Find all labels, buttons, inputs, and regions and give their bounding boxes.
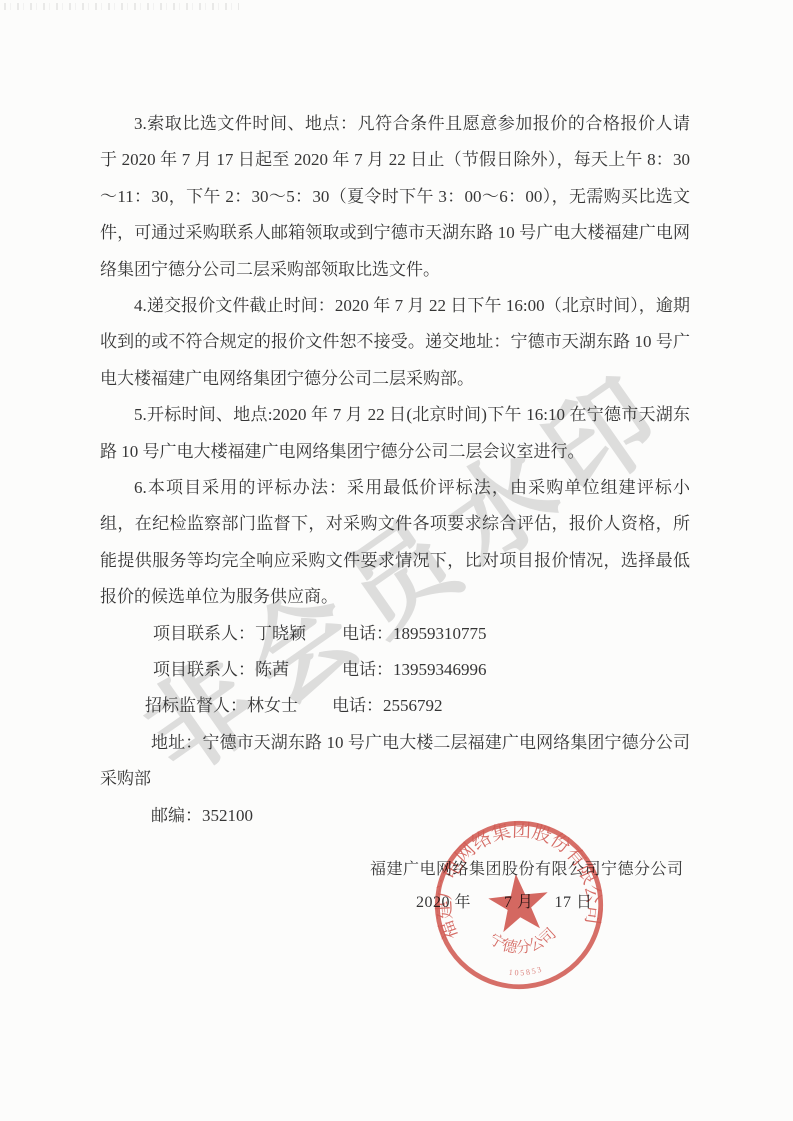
contact-name: 招标监督人：林女士 — [100, 688, 332, 724]
paragraph-5-bid-opening: 5.开标时间、地点:2020 年 7 月 22 日(北京时间)下午 16:10 … — [100, 397, 690, 470]
paragraph-3-document-pickup: 3.索取比选文件时间、地点：凡符合条件且愿意参加报价的合格报价人请于 2020 … — [100, 106, 690, 288]
phone-number: 2556792 — [383, 696, 443, 715]
contact-phone: 电话：13959346996 — [342, 652, 690, 688]
contact-row-3: 招标监督人：林女士 电话：2556792 — [100, 688, 690, 724]
paragraph-4-submission-deadline: 4.递交报价文件截止时间：2020 年 7 月 22 日下午 16:00（北京时… — [100, 288, 690, 397]
contact-phone: 电话：18959310775 — [342, 616, 690, 652]
contact-phone: 电话：2556792 — [332, 688, 690, 724]
scanned-document-page: 非会员水印 3.索取比选文件时间、地点：凡符合条件且愿意参加报价的合格报价人请于… — [0, 0, 793, 1121]
contact-person: 林女士 — [247, 696, 298, 715]
seal-star-icon — [486, 871, 551, 934]
contact-label: 项目联系人： — [153, 624, 255, 643]
contact-row-2: 项目联系人：陈茜 电话：13959346996 — [100, 652, 690, 688]
phone-label: 电话： — [342, 660, 393, 679]
paragraph-6-evaluation-method: 6.本项目采用的评标办法：采用最低价评标法，由采购单位组建评标小组，在纪检监察部… — [100, 470, 690, 616]
contact-person: 丁晓颖 — [255, 624, 306, 643]
contact-name: 项目联系人：陈茜 — [100, 652, 342, 688]
phone-label: 电话： — [332, 696, 383, 715]
phone-number: 18959310775 — [393, 624, 487, 643]
scan-artifact — [4, 3, 239, 10]
contact-label: 项目联系人： — [153, 660, 255, 679]
contact-row-1: 项目联系人：丁晓颖 电话：18959310775 — [100, 616, 690, 652]
document-body: 3.索取比选文件时间、地点：凡符合条件且愿意参加报价的合格报价人请于 2020 … — [100, 106, 690, 834]
phone-label: 电话： — [342, 624, 393, 643]
seal-serial: 105853 — [507, 964, 544, 979]
official-seal: 福建广电网络集团股份有限公司 宁德分公司 105853 — [415, 801, 624, 1010]
phone-number: 13959346996 — [393, 660, 487, 679]
contact-label: 招标监督人： — [145, 696, 247, 715]
contact-person: 陈茜 — [255, 660, 289, 679]
address-line: 地址：宁德市天湖东路 10 号广电大楼二层福建广电网络集团宁德分公司采购部 — [100, 725, 690, 798]
contact-name: 项目联系人：丁晓颖 — [100, 616, 342, 652]
seal-branch-text: 宁德分公司 — [485, 924, 562, 960]
